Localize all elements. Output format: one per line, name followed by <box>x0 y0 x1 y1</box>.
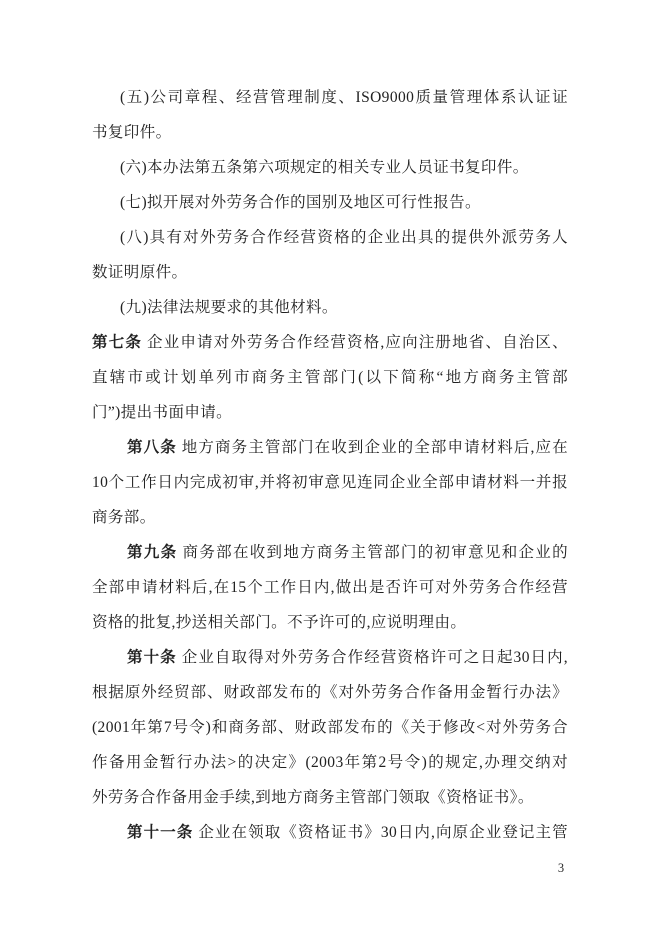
text-line: (七)拟开展对外劳务合作的国别及地区可行性报告。 <box>92 185 568 220</box>
text-line: (六)本办法第五条第六项规定的相关专业人员证书复印件。 <box>92 150 568 185</box>
text-line: (五)公司章程、经营管理制度、ISO9000质量管理体系认证证 <box>92 80 568 115</box>
text-line: (2001年第7号令)和商务部、财政部发布的《关于修改<对外劳务合 <box>92 710 568 745</box>
line-text: 企业在领取《资格证书》30日内,向原企业登记主管 <box>193 824 568 841</box>
line-text: 全部申请材料后,在15个工作日内,做出是否许可对外劳务合作经营 <box>92 579 568 596</box>
line-text: (五)公司章程、经营管理制度、ISO9000质量管理体系认证证 <box>120 89 568 106</box>
line-text: 数证明原件。 <box>92 264 187 281</box>
text-line: 第十一条 企业在领取《资格证书》30日内,向原企业登记主管 <box>92 815 568 850</box>
line-text: (八)具有对外劳务合作经营资格的企业出具的提供外派劳务人 <box>120 229 568 246</box>
line-text: 企业自取得对外劳务合作经营资格许可之日起30日内, <box>177 649 568 666</box>
line-text: 资格的批复,抄送相关部门。不予许可的,应说明理由。 <box>92 614 466 631</box>
line-text: (六)本办法第五条第六项规定的相关专业人员证书复印件。 <box>120 159 529 176</box>
document-page: (五)公司章程、经营管理制度、ISO9000质量管理体系认证证 书复印件。 (六… <box>0 0 661 935</box>
line-text: 地方商务主管部门在收到企业的全部申请材料后,应在 <box>177 439 568 456</box>
line-text: (2001年第7号令)和商务部、财政部发布的《关于修改<对外劳务合 <box>92 719 568 736</box>
article-number: 第七条 <box>92 334 142 351</box>
line-text: 作备用金暂行办法>的决定》(2003年第2号令)的规定,办理交纳对 <box>92 754 568 771</box>
line-text: 商务部。 <box>92 509 156 526</box>
line-text: 10个工作日内完成初审,并将初审意见连同企业全部申请材料一并报 <box>92 474 568 491</box>
line-text: 书复印件。 <box>92 124 172 141</box>
line-text: 根据原外经贸部、财政部发布的《对外劳务合作备用金暂行办法》 <box>92 684 568 701</box>
text-line: 第八条 地方商务主管部门在收到企业的全部申请材料后,应在 <box>92 430 568 465</box>
text-line: 外劳务合作备用金手续,到地方商务主管部门领取《资格证书》。 <box>92 780 568 815</box>
line-text: (七)拟开展对外劳务合作的国别及地区可行性报告。 <box>120 194 481 211</box>
line-text: 直辖市或计划单列市商务主管部门(以下简称“地方商务主管部 <box>92 369 568 386</box>
article-number: 第十条 <box>127 649 177 666</box>
text-line: 全部申请材料后,在15个工作日内,做出是否许可对外劳务合作经营 <box>92 570 568 605</box>
line-text: 企业申请对外劳务合作经营资格,应向注册地省、自治区、 <box>142 334 568 351</box>
text-line: 作备用金暂行办法>的决定》(2003年第2号令)的规定,办理交纳对 <box>92 745 568 780</box>
line-text: 外劳务合作备用金手续,到地方商务主管部门领取《资格证书》。 <box>92 789 534 806</box>
article-number: 第九条 <box>127 544 177 561</box>
text-line: 10个工作日内完成初审,并将初审意见连同企业全部申请材料一并报 <box>92 465 568 500</box>
text-line: 第七条 企业申请对外劳务合作经营资格,应向注册地省、自治区、 <box>92 325 568 360</box>
text-line: 根据原外经贸部、财政部发布的《对外劳务合作备用金暂行办法》 <box>92 675 568 710</box>
line-text: 门”)提出书面申请。 <box>92 404 232 421</box>
text-line: 资格的批复,抄送相关部门。不予许可的,应说明理由。 <box>92 605 568 640</box>
text-line: (八)具有对外劳务合作经营资格的企业出具的提供外派劳务人 <box>92 220 568 255</box>
text-line: 门”)提出书面申请。 <box>92 395 568 430</box>
text-line: 第九条 商务部在收到地方商务主管部门的初审意见和企业的 <box>92 535 568 570</box>
text-line: (九)法律法规要求的其他材料。 <box>92 290 568 325</box>
document-body: (五)公司章程、经营管理制度、ISO9000质量管理体系认证证 书复印件。 (六… <box>92 80 568 850</box>
text-line: 书复印件。 <box>92 115 568 150</box>
page-number: 3 <box>553 858 569 878</box>
article-number: 第十一条 <box>127 824 193 841</box>
line-text: 商务部在收到地方商务主管部门的初审意见和企业的 <box>177 544 568 561</box>
text-line: 商务部。 <box>92 500 568 535</box>
text-line: 数证明原件。 <box>92 255 568 290</box>
line-text: (九)法律法规要求的其他材料。 <box>120 299 338 316</box>
article-number: 第八条 <box>127 439 177 456</box>
text-line: 直辖市或计划单列市商务主管部门(以下简称“地方商务主管部 <box>92 360 568 395</box>
text-line: 第十条 企业自取得对外劳务合作经营资格许可之日起30日内, <box>92 640 568 675</box>
